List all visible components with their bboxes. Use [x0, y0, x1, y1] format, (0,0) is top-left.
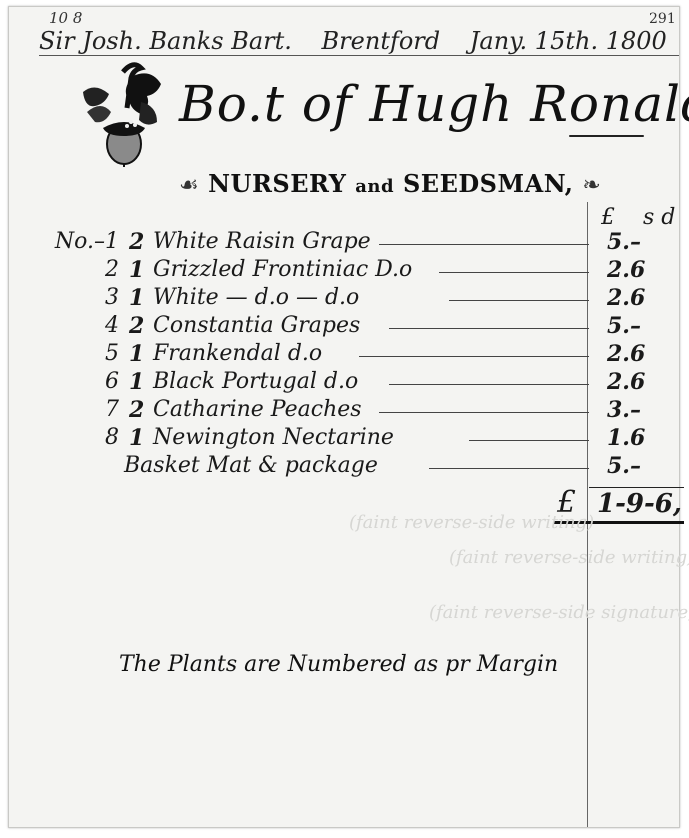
item-description: Constantia Grapes: [153, 313, 360, 338]
line-item: No.–1 2 White Raisin Grape 5.–: [49, 229, 689, 257]
item-number: 6: [49, 369, 119, 394]
total-rule-top: [589, 487, 684, 488]
flourish-rule: [569, 135, 644, 137]
line-item: Basket Mat & package 5.–: [49, 453, 689, 481]
header-line: Sir Josh. Banks Bart. Brentford Jany. 15…: [39, 27, 689, 55]
item-number: 7: [49, 397, 119, 422]
item-leader-line: [429, 468, 589, 469]
item-qty: 2: [129, 313, 144, 339]
item-qty: 1: [129, 257, 144, 283]
item-leader-line: [439, 272, 589, 273]
line-item: 6 1 Black Portugal d.o 2.6: [49, 369, 689, 397]
item-amount: 2.6: [607, 341, 645, 367]
item-leader-line: [449, 300, 589, 301]
line-item: 2 1 Grizzled Frontiniac D.o 2.6: [49, 257, 689, 285]
item-leader-line: [379, 412, 589, 413]
item-amount: 5.–: [607, 313, 641, 339]
item-leader-line: [389, 384, 589, 385]
bleed-through-text: (faint reverse-side writing): [349, 512, 594, 533]
line-item: 8 1 Newington Nectarine 1.6: [49, 425, 689, 453]
pounds-header: £: [601, 205, 615, 230]
item-qty: 2: [129, 397, 144, 423]
footnote: The Plants are Numbered as pr Margin: [119, 652, 558, 677]
item-qty: 1: [129, 425, 144, 451]
item-amount: 2.6: [607, 285, 645, 311]
seller-name: Bo.t of Hugh Ronalds,: [179, 75, 689, 133]
item-description: Frankendal d.o: [153, 341, 322, 366]
receipt-page: 10 8 291 Sir Josh. Banks Bart. Brentford…: [8, 6, 680, 828]
line-items: No.–1 2 White Raisin Grape 5.– 2 1 Grizz…: [49, 229, 689, 481]
item-number: 3: [49, 285, 119, 310]
item-number: 8: [49, 425, 119, 450]
item-description: White Raisin Grape: [153, 229, 371, 254]
item-amount: 5.–: [607, 453, 641, 479]
line-item: 7 2 Catharine Peaches 3.–: [49, 397, 689, 425]
item-qty: 1: [129, 285, 144, 311]
trade-title: ☙ NURSERY and SEEDSMAN, ❧: [179, 169, 601, 198]
swirl-right-icon: ❧: [582, 173, 601, 198]
total-amount: 1-9-6,: [597, 489, 682, 519]
bleed-through-text: (faint reverse-side writing): [449, 547, 689, 568]
swirl-left-icon: ☙: [179, 173, 199, 198]
line-item: 5 1 Frankendal d.o 2.6: [49, 341, 689, 369]
place: Brentford: [322, 27, 441, 55]
item-leader-line: [379, 244, 589, 245]
item-qty: 2: [129, 229, 144, 255]
item-leader-line: [389, 328, 589, 329]
item-description: White — d.o — d.o: [153, 285, 359, 310]
item-description: Black Portugal d.o: [153, 369, 358, 394]
item-amount: 2.6: [607, 369, 645, 395]
item-leader-line: [359, 356, 589, 357]
item-description: Catharine Peaches: [153, 397, 362, 422]
item-number: 5: [49, 341, 119, 366]
date: Jany. 15th. 1800: [470, 27, 667, 55]
folio-number-left: 10 8: [49, 9, 82, 27]
item-number: 2: [49, 257, 119, 282]
item-qty: 1: [129, 341, 144, 367]
shillings-header: s: [643, 205, 654, 230]
bleed-through-signature: (faint reverse-side signature): [429, 602, 689, 623]
item-amount: 3.–: [607, 397, 641, 423]
pence-header: d: [661, 205, 675, 230]
item-amount: 2.6: [607, 257, 645, 283]
trade-word-seedsman: SEEDSMAN,: [403, 169, 574, 198]
trade-word-and: and: [355, 176, 394, 197]
item-number: No.–1: [49, 229, 119, 254]
line-item: 4 2 Constantia Grapes 5.–: [49, 313, 689, 341]
item-number: 4: [49, 313, 119, 338]
item-amount: 5.–: [607, 229, 641, 255]
item-qty: 1: [129, 369, 144, 395]
folio-number-right: 291: [649, 11, 676, 27]
item-description: Grizzled Frontiniac D.o: [153, 257, 412, 282]
item-description: Basket Mat & package: [124, 453, 378, 478]
item-amount: 1.6: [607, 425, 645, 451]
acorn-emblem-icon: [79, 62, 169, 167]
currency-header: £ s d: [601, 205, 675, 230]
line-item: 3 1 White — d.o — d.o 2.6: [49, 285, 689, 313]
customer-name: Sir Josh. Banks Bart.: [39, 27, 292, 55]
trade-word-nursery: NURSERY: [208, 169, 346, 198]
item-leader-line: [469, 440, 589, 441]
item-description: Newington Nectarine: [153, 425, 394, 450]
header-rule: [39, 55, 679, 56]
